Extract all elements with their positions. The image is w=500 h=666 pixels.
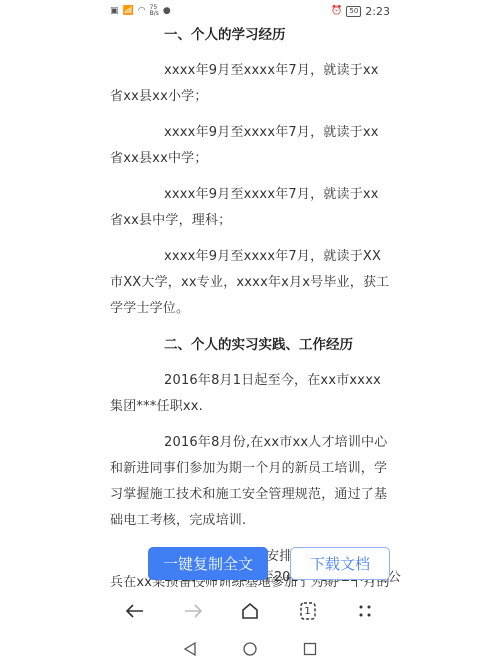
wifi-icon: ◠ bbox=[138, 6, 146, 16]
back-button[interactable] bbox=[120, 596, 150, 626]
clock: 2:23 bbox=[365, 5, 390, 18]
document-page: 一、个人的学习经历 xxxx年9月至xxxx年7月，就读于xx省xx县xx小学；… bbox=[110, 22, 390, 632]
status-bar: ▣ 📶 ◠ 75 B/s ● ⏰ 50 2:23 bbox=[110, 0, 390, 22]
menu-button[interactable] bbox=[350, 596, 380, 626]
wechat-icon: ● bbox=[163, 6, 171, 16]
home-icon bbox=[240, 601, 260, 621]
more-grid-icon bbox=[357, 603, 373, 619]
system-navigation-bar bbox=[110, 636, 390, 662]
net-speed-unit: B/s bbox=[150, 11, 159, 17]
download-document-button[interactable]: 下载文档 bbox=[290, 547, 390, 580]
paragraph: xxxx年9月至xxxx年7月，就读于xx省xx县xx中学； bbox=[110, 120, 390, 172]
nav-back-icon[interactable] bbox=[183, 642, 197, 656]
nfc-icon: ▣ bbox=[110, 6, 119, 16]
signal-icon: 📶 bbox=[123, 6, 134, 16]
battery-indicator: 50 bbox=[346, 6, 361, 17]
arrow-right-icon bbox=[183, 603, 203, 619]
home-button[interactable] bbox=[235, 596, 265, 626]
paragraph: 2016年8月1日起至今，在xx市xxxx集团***任职xx. bbox=[110, 368, 390, 420]
section-heading-work: 二、个人的实习实践、工作经历 bbox=[110, 332, 390, 358]
tab-count: 1 bbox=[304, 606, 310, 617]
paragraph: xxxx年9月至xxxx年7月，就读于xx省xx县xx小学； bbox=[110, 58, 390, 110]
paragraph: xxxx年9月至xxxx年7月，就读于XX市XX大学，xx专业，xxxx年x月x… bbox=[110, 244, 390, 322]
forward-button[interactable] bbox=[178, 596, 208, 626]
alarm-icon: ⏰ bbox=[331, 6, 342, 16]
nav-home-icon[interactable] bbox=[243, 642, 257, 656]
section-heading-education: 一、个人的学习经历 bbox=[110, 22, 390, 48]
browser-toolbar: 1 bbox=[110, 594, 390, 628]
tabs-button[interactable]: 1 bbox=[293, 596, 323, 626]
arrow-left-icon bbox=[125, 603, 145, 619]
copy-all-button[interactable]: 一键复制全文 bbox=[148, 547, 268, 580]
nav-recents-icon[interactable] bbox=[303, 642, 317, 656]
paragraph: 2016年8月份,在xx市xx人才培训中心和新进同事们参加为期一个月的新员工培训… bbox=[110, 430, 390, 534]
paragraph: xxxx年9月至xxxx年7月，就读于xx省xx县中学，理科； bbox=[110, 182, 390, 234]
net-speed: 75 B/s bbox=[150, 5, 159, 17]
